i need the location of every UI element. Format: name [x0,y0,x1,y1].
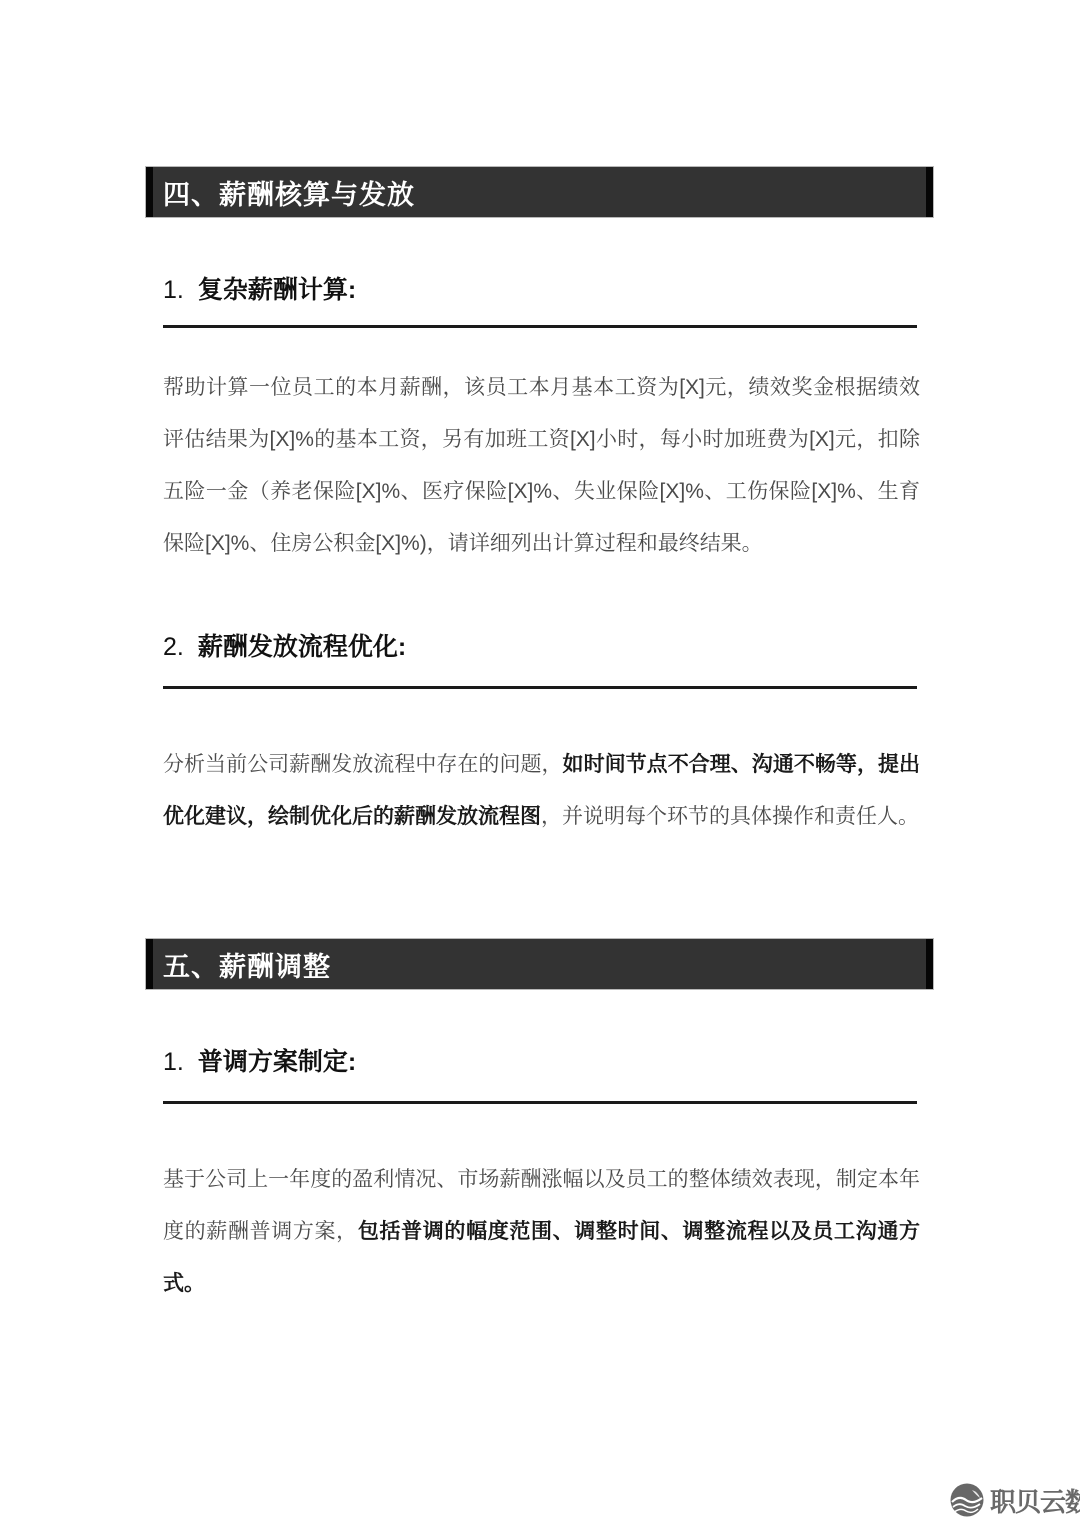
subsection-number: 1. [163,276,184,304]
section-banner-title: 五、薪酬调整 [153,945,331,984]
subsection-heading-complex-salary: 1.复杂薪酬计算: [163,272,920,308]
paragraph-adjustment-plan: 基于公司上一年度的盈利情况、市场薪酬涨幅以及员工的整体绩效表现，制定本年度的薪酬… [163,1154,920,1310]
subsection-title: 普调方案制定: [198,1048,356,1076]
paragraph-complex-salary: 帮助计算一位员工的本月薪酬，该员工本月基本工资为[X]元，绩效奖金根据绩效评估结… [163,362,920,570]
divider-rule [163,686,917,689]
subsection-heading-payment-process: 2.薪酬发放流程优化: [163,629,920,665]
section-banner-salary-adjustment: 五、薪酬调整 [146,939,933,989]
section-banner-salary-calculation: 四、薪酬核算与发放 [146,167,933,217]
subsection-number: 1. [163,1048,184,1076]
wave-logo-icon [948,1481,986,1519]
subsection-title: 薪酬发放流程优化: [198,633,406,661]
subsection-heading-adjustment-plan: 1.普调方案制定: [163,1044,920,1080]
watermark-text: 职贝云数 [990,1482,1080,1519]
section-banner-title: 四、薪酬核算与发放 [153,173,415,212]
document-page: 四、薪酬核算与发放 1.复杂薪酬计算: 帮助计算一位员工的本月薪酬，该员工本月基… [0,0,1080,1527]
watermark: 职贝云数 [948,1481,1080,1519]
divider-rule [163,325,917,328]
subsection-number: 2. [163,633,184,661]
subsection-title: 复杂薪酬计算: [198,276,356,304]
divider-rule [163,1101,917,1104]
paragraph-payment-process: 分析当前公司薪酬发放流程中存在的问题，如时间节点不合理、沟通不畅等，提出优化建议… [163,739,920,843]
